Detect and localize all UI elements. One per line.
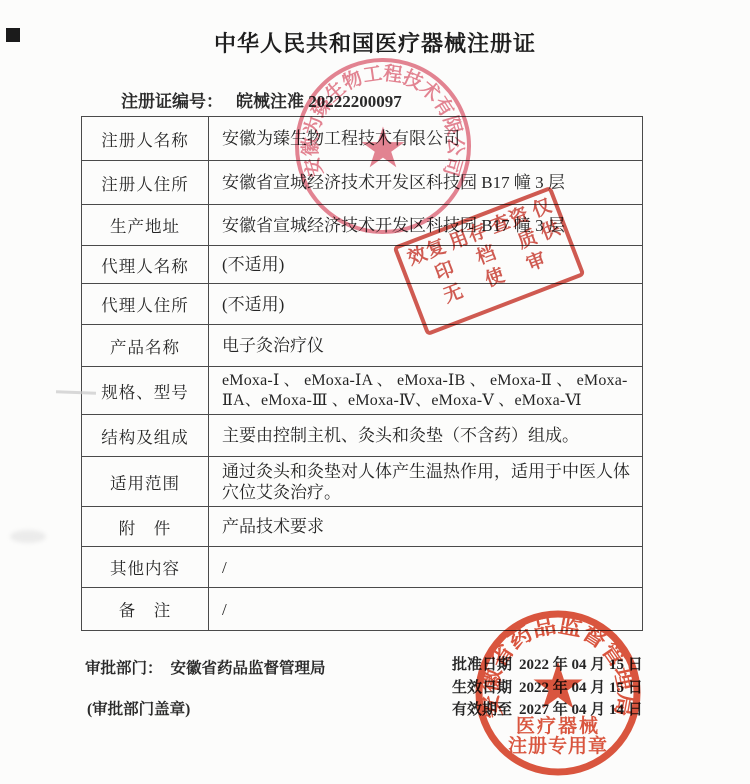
table-row: 适用范围通过灸头和灸垫对人体产生温热作用，适用于中医人体穴位艾灸治疗。 bbox=[82, 457, 643, 507]
seal-note: (审批部门盖章) bbox=[87, 697, 190, 719]
row-label: 附 件 bbox=[82, 507, 209, 547]
approval-date-row: 批准日期2022 年 04 月 15 日 bbox=[452, 653, 643, 676]
table-row: 其他内容/ bbox=[82, 547, 643, 588]
row-label: 其他内容 bbox=[82, 547, 209, 588]
row-value: (不适用) bbox=[209, 284, 643, 325]
approval-date-value: 2022 年 04 月 15 日 bbox=[519, 657, 643, 673]
table-row: 产品名称电子灸治疗仪 bbox=[82, 325, 643, 367]
row-value: 电子灸治疗仪 bbox=[209, 325, 643, 367]
scan-artifact-smudge bbox=[10, 530, 46, 543]
table-row: 代理人住所(不适用) bbox=[82, 284, 643, 325]
table-row: 附 件产品技术要求 bbox=[82, 507, 643, 547]
approval-department-line: 审批部门：安徽省药品监督管理局 bbox=[85, 656, 326, 678]
approval-date-label: 批准日期 bbox=[452, 657, 512, 673]
row-value: 安徽省宣城经济技术开发区科技园 B17 幢 3 层 bbox=[209, 161, 643, 205]
table-row: 备 注/ bbox=[82, 588, 643, 631]
table-row: 代理人名称(不适用) bbox=[82, 246, 643, 284]
certificate-page: 中华人民共和国医疗器械注册证 注册证编号：皖械注准 20222200097 注册… bbox=[0, 0, 750, 784]
authority-seal-line2: 注册专用章 bbox=[508, 734, 608, 757]
registration-number-label: 注册证编号： bbox=[121, 92, 223, 111]
effective-date-row: 生效日期2022 年 04 月 15 日 bbox=[452, 676, 643, 699]
expiry-date-label: 有效期至 bbox=[452, 702, 512, 718]
row-label: 产品名称 bbox=[82, 325, 209, 367]
row-label: 注册人住所 bbox=[82, 161, 209, 205]
row-label: 备 注 bbox=[82, 588, 209, 631]
row-value: 产品技术要求 bbox=[209, 507, 643, 547]
row-label: 注册人名称 bbox=[82, 117, 209, 161]
row-value: 主要由控制主机、灸头和灸垫（不含药）组成。 bbox=[209, 415, 643, 457]
row-value: eMoxa-Ⅰ 、 eMoxa-ⅠA 、 eMoxa-ⅠB 、 eMoxa-Ⅱ … bbox=[209, 367, 643, 415]
table-row: 规格、型号eMoxa-Ⅰ 、 eMoxa-ⅠA 、 eMoxa-ⅠB 、 eMo… bbox=[82, 367, 643, 415]
certificate-table: 注册人名称安徽为臻生物工程技术有限公司 注册人住所安徽省宣城经济技术开发区科技园… bbox=[81, 116, 643, 631]
date-block: 批准日期2022 年 04 月 15 日 生效日期2022 年 04 月 15 … bbox=[452, 653, 643, 721]
row-label: 代理人名称 bbox=[82, 246, 209, 284]
expiry-date-value: 2027 年 04 月 14 日 bbox=[519, 702, 643, 718]
approval-department-value: 安徽省药品监督管理局 bbox=[171, 660, 326, 677]
table-row: 结构及组成主要由控制主机、灸头和灸垫（不含药）组成。 bbox=[82, 415, 643, 457]
scan-artifact-dash bbox=[56, 390, 96, 394]
row-value: 安徽省宣城经济技术开发区科技园 B17 幢 3 层 bbox=[209, 205, 643, 246]
row-value: 安徽为臻生物工程技术有限公司 bbox=[209, 117, 643, 161]
row-label: 生产地址 bbox=[82, 205, 209, 246]
expiry-date-row: 有效期至2027 年 04 月 14 日 bbox=[452, 698, 643, 721]
effective-date-label: 生效日期 bbox=[452, 680, 512, 696]
registration-number-value: 皖械注准 20222200097 bbox=[236, 92, 402, 111]
row-value: (不适用) bbox=[209, 246, 643, 284]
table-row: 注册人名称安徽为臻生物工程技术有限公司 bbox=[82, 117, 643, 161]
row-value: / bbox=[209, 547, 643, 588]
table-row: 注册人住所安徽省宣城经济技术开发区科技园 B17 幢 3 层 bbox=[82, 161, 643, 205]
row-value: / bbox=[209, 588, 643, 631]
effective-date-value: 2022 年 04 月 15 日 bbox=[519, 680, 643, 696]
table-row: 生产地址安徽省宣城经济技术开发区科技园 B17 幢 3 层 bbox=[82, 205, 643, 246]
approval-department-label: 审批部门： bbox=[85, 660, 163, 677]
registration-number-line: 注册证编号：皖械注准 20222200097 bbox=[121, 87, 402, 112]
page-title: 中华人民共和国医疗器械注册证 bbox=[0, 27, 750, 58]
row-label: 代理人住所 bbox=[82, 284, 209, 325]
row-value: 通过灸头和灸垫对人体产生温热作用，适用于中医人体穴位艾灸治疗。 bbox=[209, 457, 643, 507]
row-label: 规格、型号 bbox=[82, 367, 209, 415]
row-label: 适用范围 bbox=[82, 457, 209, 507]
row-label: 结构及组成 bbox=[82, 415, 209, 457]
